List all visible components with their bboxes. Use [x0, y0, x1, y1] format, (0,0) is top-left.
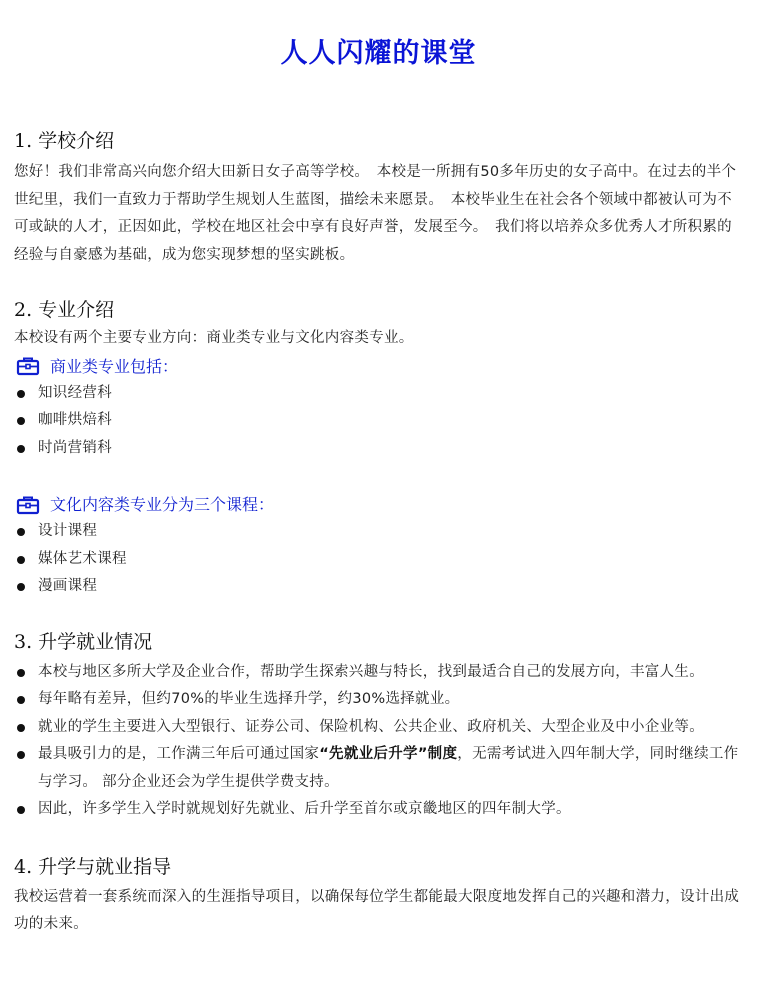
section-heading: 3.升学就业情况 [14, 629, 743, 655]
section-number: 4. [14, 856, 32, 878]
section-paragraph: 本校设有两个主要专业方向：商业类专业与文化内容类专业。 [14, 325, 743, 353]
section-title: 升学就业情况 [38, 631, 152, 653]
section-career-outcomes: 3.升学就业情况 本校与地区多所大学及企业合作，帮助学生探索兴趣与特长，找到最适… [14, 629, 743, 824]
bullet-icon [17, 390, 25, 398]
bullet-icon [17, 696, 25, 704]
bullet-icon [17, 583, 25, 591]
bullet-icon [17, 806, 25, 814]
bullet-icon [17, 445, 25, 453]
list-item: 最具吸引力的是，工作满三年后可通过国家“先就业后升学”制度，无需考试进入四年制大… [14, 741, 743, 796]
sub-heading-label: 文化内容类专业分为三个课程： [50, 491, 274, 518]
career-outcomes-list: 本校与地区多所大学及企业合作，帮助学生探索兴趣与特长，找到最适合自己的发展方向，… [14, 659, 743, 824]
list-item: 本校与地区多所大学及企业合作，帮助学生探索兴趣与特长，找到最适合自己的发展方向，… [14, 659, 743, 687]
briefcase-icon [16, 495, 40, 515]
bullet-icon [17, 751, 25, 759]
section-title: 升学与就业指导 [38, 856, 171, 878]
section-number: 3. [14, 631, 32, 653]
section-heading: 2.专业介绍 [14, 297, 743, 323]
list-item: 设计课程 [14, 518, 743, 546]
section-title: 学校介绍 [38, 130, 114, 152]
page-title: 人人闪耀的课堂 [14, 0, 743, 74]
list-item: 因此，许多学生入学时就规划好先就业、后升学至首尔或京畿地区的四年制大学。 [14, 796, 743, 824]
briefcase-icon [16, 356, 40, 376]
section-heading: 4.升学与就业指导 [14, 854, 743, 880]
list-item: 漫画课程 [14, 573, 743, 601]
list-item: 媒体艺术课程 [14, 546, 743, 574]
business-majors-list: 知识经营科 咖啡烘焙科 时尚营销科 [14, 380, 743, 463]
section-paragraph: 我校运营着一套系统而深入的生涯指导项目，以确保每位学生都能最大限度地发挥自己的兴… [14, 884, 743, 939]
section-title: 专业介绍 [38, 299, 114, 321]
list-item: 就业的学生主要进入大型银行、证券公司、保险机构、公共企业、政府机关、大型企业及中… [14, 714, 743, 742]
section-majors: 2.专业介绍 本校设有两个主要专业方向：商业类专业与文化内容类专业。 商业类专业… [14, 297, 743, 601]
section-career-guidance: 4.升学与就业指导 我校运营着一套系统而深入的生涯指导项目，以确保每位学生都能最… [14, 854, 743, 939]
list-item: 咖啡烘焙科 [14, 407, 743, 435]
culture-content-majors-heading: 文化内容类专业分为三个课程： [14, 491, 743, 518]
list-item: 时尚营销科 [14, 435, 743, 463]
bullet-icon [17, 556, 25, 564]
bullet-icon [17, 528, 25, 536]
bullet-icon [17, 417, 25, 425]
section-heading: 1.学校介绍 [14, 128, 743, 154]
culture-content-courses-list: 设计课程 媒体艺术课程 漫画课程 [14, 518, 743, 601]
sub-heading-label: 商业类专业包括： [50, 353, 178, 380]
section-number: 1. [14, 130, 32, 152]
section-school-intro: 1.学校介绍 您好！我们非常高兴向您介绍大田新日女子高等学校。 本校是一所拥有5… [14, 128, 743, 269]
business-majors-heading: 商业类专业包括： [14, 353, 743, 380]
document-page: 人人闪耀的课堂 1.学校介绍 您好！我们非常高兴向您介绍大田新日女子高等学校。 … [0, 0, 759, 939]
list-item: 每年略有差异，但约70%的毕业生选择升学，约30%选择就业。 [14, 686, 743, 714]
section-paragraph: 您好！我们非常高兴向您介绍大田新日女子高等学校。 本校是一所拥有50多年历史的女… [14, 159, 743, 269]
bullet-icon [17, 669, 25, 677]
list-item: 知识经营科 [14, 380, 743, 408]
highlighted-policy: “先就业后升学”制度 [319, 746, 457, 762]
section-number: 2. [14, 299, 32, 321]
bullet-icon [17, 724, 25, 732]
